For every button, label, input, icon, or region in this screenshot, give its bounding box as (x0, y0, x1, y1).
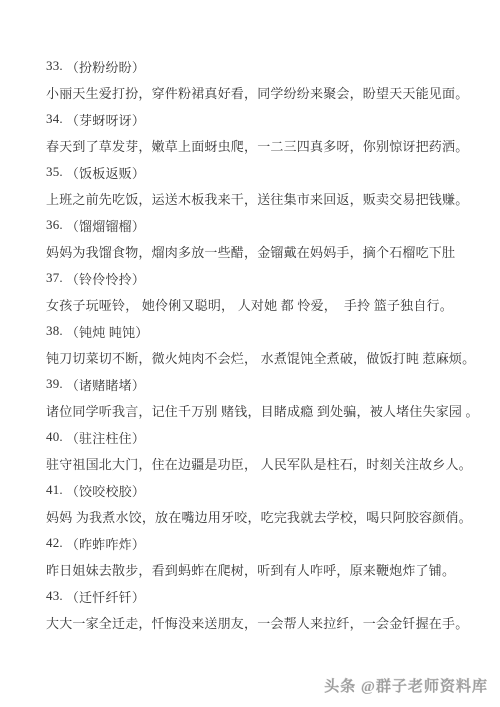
toutiao-watermark: 头条 @群子老师资料库 (324, 675, 488, 696)
item-heading: 38. （钝炖 盹饨） (46, 318, 482, 345)
item-number: 36. (46, 217, 63, 233)
item-character-group: （芽蚜呀讶） (66, 110, 145, 129)
item-sentence: 妈妈为我馏食物，熘肉多放一些醋，金镏戴在妈妈手，摘个石榴吃下肚 (46, 239, 482, 266)
exercise-item-39: 39. （诸赌睹堵） 诸位同学听我言，记住千万别 赌钱，目睹成瘾 到处骗，被人堵… (46, 371, 482, 424)
item-character-group: （饭板返贩） (66, 163, 145, 182)
item-heading: 34. （芽蚜呀讶） (46, 106, 482, 133)
item-character-group: （钝炖 盹饨） (66, 322, 149, 341)
item-number: 35. (46, 164, 63, 180)
item-character-group: （昨蚱咋炸） (66, 534, 145, 553)
item-sentence: 诸位同学听我言，记住千万别 赌钱，目睹成瘾 到处骗，被人堵住失家园 。 (46, 398, 482, 425)
exercise-item-33: 33. （扮粉纷盼） 小丽天生爱打扮，穿件粉裙真好看，同学纷纷来聚会，盼望天天能… (46, 53, 482, 106)
item-heading: 37. （铃伶怜拎） (46, 265, 482, 292)
item-sentence: 春天到了草发芽，嫩草上面蚜虫爬，一二三四真多呀，你别惊讶把药洒。 (46, 133, 482, 160)
exercise-item-38: 38. （钝炖 盹饨） 钝刀切菜切不断，微火炖肉不会烂， 水煮馄饨全煮破，做饭打… (46, 318, 482, 371)
item-character-group: （迁忏纤钎） (66, 587, 145, 606)
item-number: 38. (46, 323, 63, 339)
item-heading: 42. （昨蚱咋炸） (46, 530, 482, 557)
item-sentence: 昨日姐妹去散步，看到蚂蚱在爬树，听到有人咋呼，原来鞭炮炸了铺。 (46, 557, 482, 584)
item-character-group: （驻注柱住） (66, 428, 145, 447)
exercise-item-43: 43. （迁忏纤钎） 大大一家全迁走，忏悔没来送朋友，一会帮人来拉纤，一会金钎握… (46, 583, 482, 636)
item-sentence: 钝刀切菜切不断，微火炖肉不会烂， 水煮馄饨全煮破，做饭打盹 惹麻烦。 (46, 345, 482, 372)
item-number: 39. (46, 376, 63, 392)
item-character-group: （饺咬校胶） (66, 481, 145, 500)
item-heading: 39. （诸赌睹堵） (46, 371, 482, 398)
item-heading: 40. （驻注柱住） (46, 424, 482, 451)
item-heading: 33. （扮粉纷盼） (46, 53, 482, 80)
item-heading: 41. （饺咬校胶） (46, 477, 482, 504)
item-sentence: 上班之前先吃饭，运送木板我来干，送往集市来回返，贩卖交易把钱赚。 (46, 186, 482, 213)
item-character-group: （诸赌睹堵） (66, 375, 145, 394)
exercise-item-41: 41. （饺咬校胶） 妈妈 为我煮水饺，放在嘴边用牙咬，吃完我就去学校，喝只阿胶… (46, 477, 482, 530)
exercise-item-36: 36. （馏熘镏榴） 妈妈为我馏食物，熘肉多放一些醋，金镏戴在妈妈手，摘个石榴吃… (46, 212, 482, 265)
exercise-item-34: 34. （芽蚜呀讶） 春天到了草发芽，嫩草上面蚜虫爬，一二三四真多呀，你别惊讶把… (46, 106, 482, 159)
item-number: 37. (46, 270, 63, 286)
exercise-item-42: 42. （昨蚱咋炸） 昨日姐妹去散步，看到蚂蚱在爬树，听到有人咋呼，原来鞭炮炸了… (46, 530, 482, 583)
item-number: 43. (46, 588, 63, 604)
item-character-group: （馏熘镏榴） (66, 216, 145, 235)
item-heading: 35. （饭板返贩） (46, 159, 482, 186)
item-character-group: （铃伶怜拎） (66, 269, 145, 288)
exercise-item-40: 40. （驻注柱住） 驻守祖国北大门，住在边疆是功臣， 人民军队是柱石，时刻关注… (46, 424, 482, 477)
item-number: 41. (46, 482, 63, 498)
exercise-item-35: 35. （饭板返贩） 上班之前先吃饭，运送木板我来干，送往集市来回返，贩卖交易把… (46, 159, 482, 212)
item-number: 33. (46, 58, 63, 74)
item-sentence: 驻守祖国北大门，住在边疆是功臣， 人民军队是柱石，时刻关注故乡人。 (46, 451, 482, 478)
item-heading: 43. （迁忏纤钎） (46, 583, 482, 610)
item-character-group: （扮粉纷盼） (66, 57, 145, 76)
document-page: 33. （扮粉纷盼） 小丽天生爱打扮，穿件粉裙真好看，同学纷纷来聚会，盼望天天能… (0, 0, 500, 707)
item-number: 42. (46, 535, 63, 551)
item-heading: 36. （馏熘镏榴） (46, 212, 482, 239)
item-sentence: 妈妈 为我煮水饺，放在嘴边用牙咬，吃完我就去学校，喝只阿胶容颜俏。 (46, 504, 482, 531)
exercise-item-37: 37. （铃伶怜拎） 女孩子玩哑铃， 她伶俐又聪明， 人对她 都 怜爱， 手拎 … (46, 265, 482, 318)
item-sentence: 大大一家全迁走，忏悔没来送朋友，一会帮人来拉纤，一会金钎握在手。 (46, 610, 482, 637)
item-number: 40. (46, 429, 63, 445)
item-number: 34. (46, 111, 63, 127)
item-sentence: 女孩子玩哑铃， 她伶俐又聪明， 人对她 都 怜爱， 手拎 篮子独自行。 (46, 292, 482, 319)
item-sentence: 小丽天生爱打扮，穿件粉裙真好看，同学纷纷来聚会，盼望天天能见面。 (46, 80, 482, 107)
